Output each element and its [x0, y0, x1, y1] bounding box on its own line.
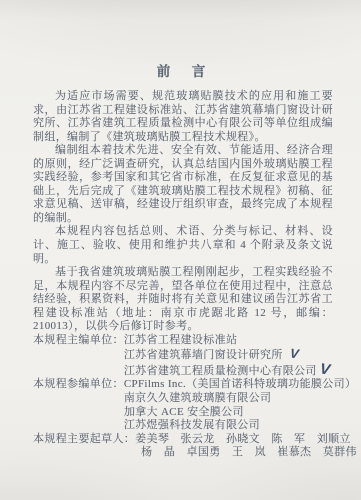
- participating-unit-name: 南京久久建筑玻璃膜有限公司: [124, 392, 272, 404]
- drafters-row: 姜美琴 张云龙 孙晓文 陈 军 刘顺立: [135, 433, 333, 447]
- participating-units-section: 本规程参编单位： CPFilms Inc.（美国首诺科特玻璃功能膜公司） 南京久…: [33, 378, 333, 432]
- participating-unit-name: 加拿大 ACE 安全膜公司: [124, 406, 244, 418]
- participating-unit-name: 江苏煜强科技发展有限公司: [124, 419, 260, 431]
- paragraph-4: 基于我省建筑玻璃贴膜工程刚刚起步，工程实践经验不足，本规程内容不尽完善，望各单位…: [33, 266, 333, 334]
- paragraph-1: 为适应市场需要、规范玻璃贴膜技术的应用和施工要求，由江苏省工程建设标准站、江苏省…: [33, 90, 333, 144]
- chief-unit-name: 江苏省建筑幕墙门窗设计研究所: [124, 349, 283, 361]
- document-page: 前 言 为适应市场需要、规范玻璃贴膜技术的应用和施工要求，由江苏省工程建设标准站…: [0, 0, 361, 500]
- chief-unit-name: 江苏省工程建设标准站: [124, 334, 238, 346]
- chief-unit: 江苏省建筑幕墙门窗设计研究所V: [124, 347, 333, 363]
- chief-unit-name: 江苏省建筑工程质量检测中心有限公司: [124, 365, 317, 377]
- participating-units-label: 本规程参编单位：: [33, 378, 124, 392]
- chief-unit: 江苏省建筑工程质量检测中心有限公司V: [124, 363, 333, 379]
- chief-editor-units: 江苏省工程建设标准站 江苏省建筑幕墙门窗设计研究所V 江苏省建筑工程质量检测中心…: [124, 334, 333, 379]
- participating-unit: CPFilms Inc.（美国首诺科特玻璃功能膜公司）: [124, 378, 333, 392]
- paragraph-2: 编制组本着技术先进、安全有效、节能适用、经济合理的原则，经广泛调查研究，认真总结…: [33, 144, 333, 225]
- handwritten-checkmark: V: [289, 347, 300, 362]
- handwritten-checkmark: V: [319, 362, 331, 377]
- participating-unit-name: CPFilms Inc.（美国首诺科特玻璃功能膜公司）: [124, 378, 357, 390]
- paragraph-3: 本规程内容包括总则、术语、分类与标记、材料、设计、施工、验收、使用和维护共八章和…: [33, 225, 333, 266]
- drafters-row: 杨 晶 卓国勇 王 岚 崔慕杰 莫群伟: [135, 446, 333, 460]
- participating-units: CPFilms Inc.（美国首诺科特玻璃功能膜公司） 南京久久建筑玻璃膜有限公…: [124, 378, 333, 432]
- participating-unit: 江苏煜强科技发展有限公司: [124, 419, 333, 433]
- page-title: 前 言: [33, 60, 333, 80]
- chief-unit: 江苏省工程建设标准站: [124, 334, 333, 348]
- participating-unit: 南京久久建筑玻璃膜有限公司: [124, 392, 333, 406]
- drafters-label: 本规程主要起草人：: [33, 433, 135, 447]
- drafters-section: 本规程主要起草人： 姜美琴 张云龙 孙晓文 陈 军 刘顺立 杨 晶 卓国勇 王 …: [33, 433, 333, 460]
- chief-editor-section: 本规程主编单位： 江苏省工程建设标准站 江苏省建筑幕墙门窗设计研究所V 江苏省建…: [33, 334, 333, 379]
- document-body: 为适应市场需要、规范玻璃贴膜技术的应用和施工要求，由江苏省工程建设标准站、江苏省…: [33, 90, 333, 460]
- chief-editor-label: 本规程主编单位：: [33, 334, 124, 348]
- drafters-names: 姜美琴 张云龙 孙晓文 陈 军 刘顺立 杨 晶 卓国勇 王 岚 崔慕杰 莫群伟: [135, 433, 333, 460]
- participating-unit: 加拿大 ACE 安全膜公司: [124, 406, 333, 420]
